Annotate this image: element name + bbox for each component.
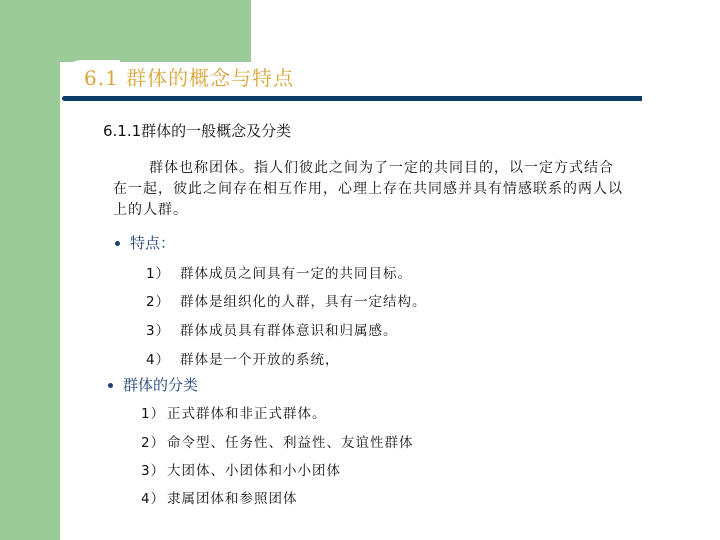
- bullet-icon: [115, 241, 120, 246]
- list-item: 3）群体成员具有群体意识和归属感。: [146, 319, 398, 339]
- features-heading-label: 特点：: [130, 234, 175, 252]
- list-item: 4）群体是一个开放的系统，: [146, 348, 340, 368]
- slide-title: 6.1 群体的概念与特点: [84, 62, 294, 91]
- list-item: 1）群体成员之间具有一定的共同目标。: [146, 262, 412, 282]
- definition-paragraph: 群体也称团体。指人们彼此之间为了一定的共同目的，以一定方式结合在一起，彼此之间存…: [113, 158, 623, 221]
- list-item: 4）隶属团体和参照团体: [141, 487, 298, 507]
- decorative-green-sidebar: [0, 0, 60, 540]
- classification-heading-label: 群体的分类: [123, 376, 198, 394]
- bullet-icon: [108, 383, 113, 388]
- list-item: 1）正式群体和非正式群体。: [141, 402, 327, 422]
- features-heading: 特点：: [115, 232, 175, 253]
- list-item: 3）大团体、小团体和小小团体: [141, 459, 341, 479]
- section-subtitle: 6.1.1群体的一般概念及分类: [103, 120, 291, 141]
- classification-heading: 群体的分类: [108, 374, 198, 395]
- list-item: 2）命令型、任务性、利益性、友谊性群体: [141, 431, 414, 451]
- title-divider: [62, 96, 642, 101]
- list-item: 2）群体是组织化的人群，具有一定结构。: [146, 290, 427, 310]
